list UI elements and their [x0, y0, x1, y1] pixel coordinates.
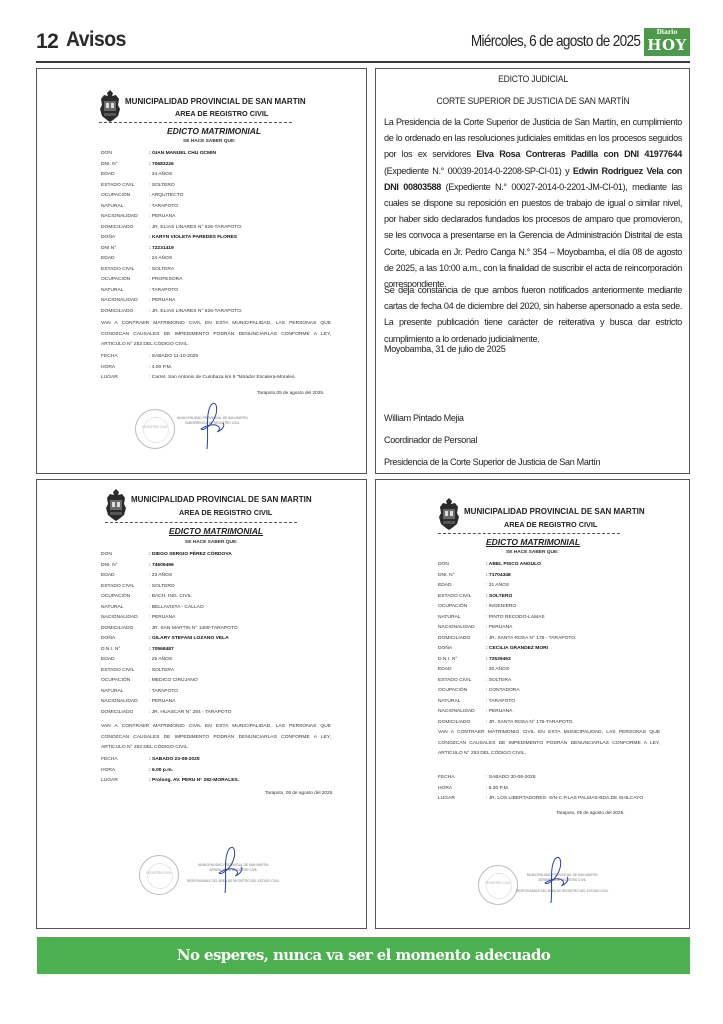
ceremony-details: FECHA: SABADO 11-10-2025HORA: 4.00 P.M.L…	[101, 352, 296, 384]
ceremony-label: FECHA	[101, 755, 149, 766]
footer-banner: No esperes, nunca va ser el momento adec…	[37, 937, 690, 974]
area-name: AREA DE REGISTRO CIVIL	[504, 520, 597, 529]
place-date: Tarapoto, 05 de agosto del 2025.	[556, 810, 625, 815]
detail-label: NATURAL	[101, 202, 149, 213]
detail-label: ESTADO CIVIL	[101, 582, 149, 593]
detail-label: EDAD	[101, 170, 149, 181]
detail-value: : 23 AÑOS	[149, 571, 172, 582]
detail-value: : SOLTERO	[486, 592, 512, 603]
detail-label: EDAD	[101, 254, 149, 265]
detail-row: ESTADO CIVIL: SOLTERA	[101, 265, 242, 276]
municipal-crest-icon	[438, 497, 460, 531]
detail-label: NATURAL	[438, 697, 486, 708]
detail-row: ESTADO CIVIL: SOLTERA	[101, 666, 238, 677]
detail-value: : PERUANA	[149, 613, 175, 624]
detail-row: OCUPACIÓN: MEDICO CIRUJANO	[101, 676, 238, 687]
detail-row: DOMICILIADO: JR. ELIAS LINARES N° 626-TA…	[101, 307, 242, 318]
detail-row: EDAD: 34 AÑOS	[101, 170, 242, 181]
impediment-notice: VAN A CONTRAER MATRIMONIO CIVIL EN ESTA …	[438, 728, 660, 760]
detail-value: : KARYN VIOLETA PAREDES FLORES	[149, 233, 237, 244]
detail-value: : 72231419	[149, 244, 174, 255]
detail-label: DOÑA	[101, 233, 149, 244]
ceremony-value: : 6.30 P.M.	[486, 784, 509, 795]
detail-row: ESTADO CIVIL: SOLTERO	[101, 582, 238, 593]
edicto-title: EDICTO MATRIMONIAL	[167, 126, 261, 136]
ceremony-label: LUGAR	[101, 373, 149, 384]
detail-value: : BACH. ING. CIVIL	[149, 592, 192, 603]
detail-row: ESTADO CIVIL: SOLTERO	[101, 181, 242, 192]
edicto-subtitle: SE HACE SABER QUE:	[506, 550, 559, 555]
municipality-name: MUNICIPALIDAD PROVINCIAL DE SAN MARTIN	[464, 507, 645, 516]
issue-date: Miércoles, 6 de agosto de 2025	[471, 33, 640, 51]
detail-label: D.N.I. N°	[438, 655, 486, 666]
area-name: AREA DE REGISTRO CIVIL	[175, 109, 268, 118]
signer-name: William Pintado Mejia	[384, 413, 464, 423]
ceremony-value: : JR. LOS LIBERTADORES- S/N-C.P.LAS PALM…	[486, 794, 643, 805]
detail-row: NATURAL: TARAPOTO	[101, 202, 242, 213]
signer-organization: Presidencia de la Corte Superior de Just…	[384, 457, 600, 467]
dashed-divider	[105, 522, 297, 523]
edicto-judicial-title: EDICTO JUDICIAL	[399, 74, 667, 85]
ceremony-label: FECHA	[101, 352, 149, 363]
detail-label: DON	[101, 550, 149, 561]
area-name: AREA DE REGISTRO CIVIL	[179, 508, 272, 517]
impediment-notice: VAN A CONTRAER MATRIMONIO CIVIL EN ESTA …	[101, 319, 331, 351]
place-date: Tarapoto, 05 de agosto del 2025.	[265, 790, 334, 795]
detail-row: DNI. N°: 74609496	[101, 561, 238, 572]
page-number: 12	[36, 30, 58, 54]
detail-label: DON	[438, 560, 486, 571]
ceremony-value: : SABADO 30-08-2025	[486, 773, 535, 784]
place-date: Moyobamba, 31 de julio de 2025	[384, 344, 505, 354]
edicto-title: EDICTO MATRIMONIAL	[169, 526, 263, 536]
court-name: CORTE SUPERIOR DE JUSTICIA DE SAN MARTÍN	[399, 96, 667, 107]
detail-row: NATURAL: BELLAVISTA - CALLAO	[101, 603, 238, 614]
detail-label: NATURAL	[101, 603, 149, 614]
ceremony-label: HORA	[438, 784, 486, 795]
detail-row: ESTADO CIVIL: SOLTERO	[438, 592, 576, 603]
detail-row: NATURAL: TARAPOTO	[438, 697, 576, 708]
detail-row: DOMICILIADO: JR. SANTA ROSA N° 176 - TAR…	[438, 634, 576, 645]
detail-label: DOMICILIADO	[101, 307, 149, 318]
section-title: Avisos	[66, 28, 126, 52]
ceremony-row: LUGAR: Carret. San Antonio de Cumbaza km…	[101, 373, 296, 384]
detail-label: DOÑA	[101, 634, 149, 645]
dashed-divider	[99, 122, 292, 123]
detail-row: OCUPACIÓN: CONTADORA	[438, 686, 576, 697]
detail-value: : CONTADORA	[486, 686, 520, 697]
detail-value: : JR. SANTA ROSA N° 176 - TARAPOTO.	[486, 634, 576, 645]
detail-label: EDAD	[101, 655, 149, 666]
detail-value: : SOLTERA	[149, 666, 174, 677]
detail-value: : PERUANA	[149, 697, 175, 708]
detail-label: NACIONALIDAD	[101, 697, 149, 708]
ceremony-details: FECHA: SABADO 30-08-2025HORA: 6.30 P.M.L…	[438, 773, 643, 805]
ceremony-value: : Carret. San Antonio de Cumbaza km 6 "M…	[149, 373, 296, 384]
detail-label: OCUPACIÓN	[438, 686, 486, 697]
detail-label: EDAD	[438, 581, 486, 592]
detail-value: : BELLAVISTA - CALLAO	[149, 603, 204, 614]
detail-label: DOMICILIADO	[438, 718, 486, 729]
detail-value: : 72539463	[486, 655, 511, 666]
ceremony-row: LUGAR: Prolong. AV. PERU N° 282-MORALES.	[101, 776, 239, 787]
detail-label: OCUPACIÓN	[101, 592, 149, 603]
ceremony-row: LUGAR: JR. LOS LIBERTADORES- S/N-C.P.LAS…	[438, 794, 643, 805]
detail-row: NACIONALIDAD: PERUANA	[101, 296, 242, 307]
detail-value: : GILARY STEFANI LOZANO VELA	[149, 634, 229, 645]
detail-row: NACIONALIDAD: PERUANA	[101, 697, 238, 708]
edicto-judicial-paragraph-2: Se deja constancia de que ambos fueron n…	[384, 282, 682, 347]
detail-value: : SOLTERO	[149, 582, 175, 593]
ceremony-value: : SABADO 11-10-2025	[149, 352, 198, 363]
detail-label: NATURAL	[101, 687, 149, 698]
detail-label: ESTADO CIVIL	[438, 676, 486, 687]
ceremony-row: FECHA: SABADO 23-08-2025	[101, 755, 239, 766]
detail-label: EDAD	[101, 571, 149, 582]
detail-value: : TARAPOTO	[486, 697, 515, 708]
detail-row: OCUPACIÓN: BACH. ING. CIVIL	[101, 592, 238, 603]
detail-row: OCUPACIÓN: ARQUITECTO	[101, 191, 242, 202]
detail-row: EDAD: 25 AÑOS	[101, 655, 238, 666]
signer-role: Coordinador de Personal	[384, 435, 477, 445]
detail-label: NACIONALIDAD	[438, 623, 486, 634]
detail-value: : JR. ELIAS LINARES N° 626-TARAPOTO.	[149, 307, 242, 318]
detail-value: : 25 AÑOS	[149, 655, 172, 666]
detail-value: : 30 AÑOS	[486, 665, 509, 676]
detail-row: ESTADO CIVIL: SOLTERA	[438, 676, 576, 687]
municipality-name: MUNICIPALIDAD PROVINCIAL DE SAN MARTIN	[125, 97, 306, 106]
dashed-divider	[438, 533, 620, 534]
detail-label: OCUPACIÓN	[101, 275, 149, 286]
ceremony-label: HORA	[101, 766, 149, 777]
detail-label: DOMICILIADO	[101, 624, 149, 635]
municipal-crest-icon	[105, 488, 127, 522]
detail-label: NATURAL	[101, 286, 149, 297]
detail-label: DOMICILIADO	[101, 223, 149, 234]
seal-text: REGISTRO CIVIL	[140, 871, 178, 875]
seal-text: REGISTRO CIVIL	[479, 881, 517, 885]
diario-hoy-logo: Diario HOY	[644, 28, 690, 56]
ceremony-row: HORA: 4.00 P.M.	[101, 363, 296, 374]
detail-label: DNI. N°	[438, 571, 486, 582]
body-text: (Expediente N.° 00039-2014-0-2208-SP-CI-…	[384, 166, 573, 176]
detail-value: : JR. HUASCAR N° 284 - TARAPOTO	[149, 708, 231, 719]
signature-icon	[541, 855, 571, 905]
header-divider	[36, 61, 690, 63]
detail-label: ESTADO CIVIL	[101, 666, 149, 677]
seal-text: REGISTRO CIVIL	[136, 425, 174, 429]
ceremony-label: FECHA	[438, 773, 486, 784]
detail-value: : 34 AÑOS	[149, 170, 172, 181]
detail-value: : JR. SANTA ROSA N° 176-TARAPOTO.	[486, 718, 574, 729]
ceremony-value: : 6.00 p.m.	[149, 766, 173, 777]
detail-label: D.N.I. N°	[101, 645, 149, 656]
detail-value: : JR. SAN MARTIN N° 1409-TARAPOTO	[149, 624, 238, 635]
applicant-details: DON: ABEL PISCO ANGULODNI. N°: 71704348E…	[438, 560, 576, 728]
edicto-subtitle: SE HACE SABER QUE:	[183, 139, 236, 144]
edicto-title: EDICTO MATRIMONIAL	[486, 537, 580, 547]
municipality-name: MUNICIPALIDAD PROVINCIAL DE SAN MARTIN	[131, 495, 312, 504]
detail-label: DNI. N°	[101, 160, 149, 171]
ceremony-value: : Prolong. AV. PERU N° 282-MORALES.	[149, 776, 239, 787]
registry-seal-icon: REGISTRO CIVIL	[135, 409, 175, 449]
detail-row: NACIONALIDAD: PERUANA	[438, 623, 576, 634]
detail-value: : PERUANA	[149, 296, 175, 307]
detail-row: DOMICILIADO: JR. ELIAS LINARES N° 626-TA…	[101, 223, 242, 234]
applicant-details: DON: DIEGO SERGIO PÉREZ CÓRDOVADNI. N°: …	[101, 550, 238, 718]
body-text: (Expediente N.° 00027-2014-0-2201-JM-CI-…	[384, 182, 682, 289]
impediment-notice: VAN A CONTRAER MATRIMONIO CIVIL EN ESTA …	[101, 722, 331, 754]
detail-row: NATURAL: TARAPOTO	[101, 687, 238, 698]
detail-label: DNI N°	[101, 244, 149, 255]
edicto-matrimonial-1: MUNICIPALIDAD PROVINCIAL DE SAN MARTINAR…	[36, 68, 367, 474]
detail-row: DNI N°: 72231419	[101, 244, 242, 255]
applicant-details: DON: GIAN MANUEL CHU OCMINDNI. N°: 70683…	[101, 149, 242, 317]
detail-value: : MEDICO CIRUJANO	[149, 676, 198, 687]
detail-label: NATURAL	[438, 613, 486, 624]
detail-row: NATURAL: TARAPOTO	[101, 286, 242, 297]
detail-label: OCUPACIÓN	[101, 191, 149, 202]
detail-value: : TARAPOTO	[149, 202, 178, 213]
ceremony-details: FECHA: SABADO 23-08-2025HORA: 6.00 p.m.L…	[101, 755, 239, 787]
detail-label: NACIONALIDAD	[101, 613, 149, 624]
detail-label: DOÑA	[438, 644, 486, 655]
edicto-matrimonial-2: MUNICIPALIDAD PROVINCIAL DE SAN MARTINAR…	[36, 479, 367, 929]
detail-label: EDAD	[438, 665, 486, 676]
detail-row: DON: DIEGO SERGIO PÉREZ CÓRDOVA	[101, 550, 238, 561]
detail-label: ESTADO CIVIL	[101, 265, 149, 276]
detail-value: : 31 AÑOS	[486, 581, 509, 592]
detail-value: : CECILIA GRANDEZ MORI	[486, 644, 548, 655]
ceremony-value: : SABADO 23-08-2025	[149, 755, 200, 766]
detail-value: : GIAN MANUEL CHU OCMIN	[149, 149, 216, 160]
detail-value: : PROFESORA	[149, 275, 182, 286]
detail-value: : PERUANA	[486, 707, 512, 718]
detail-value: : JR. ELIAS LINARES N° 626-TARAPOTO.	[149, 223, 242, 234]
edicto-judicial: EDICTO JUDICIAL CORTE SUPERIOR DE JUSTIC…	[375, 68, 690, 474]
detail-value: : TARAPOTO	[149, 286, 178, 297]
detail-label: ESTADO CIVIL	[101, 181, 149, 192]
detail-label: DNI. N°	[101, 561, 149, 572]
detail-label: NACIONALIDAD	[438, 707, 486, 718]
detail-row: DOÑA: KARYN VIOLETA PAREDES FLORES	[101, 233, 242, 244]
detail-value: : 70568487	[149, 645, 174, 656]
detail-label: NACIONALIDAD	[101, 212, 149, 223]
logo-big-text: HOY	[644, 37, 690, 54]
detail-row: D.N.I. N°: 70568487	[101, 645, 238, 656]
detail-row: DOMICILIADO: JR. SAN MARTIN N° 1409-TARA…	[101, 624, 238, 635]
detail-value: : 24 AÑOS	[149, 254, 172, 265]
place-date: Tarapoto,05 de agosto del 2025.	[257, 390, 324, 395]
detail-row: DNI. N°: 71704348	[438, 571, 576, 582]
edicto-matrimonial-3: MUNICIPALIDAD PROVINCIAL DE SAN MARTINAR…	[375, 479, 690, 929]
detail-value: : ARQUITECTO	[149, 191, 183, 202]
detail-row: EDAD: 30 AÑOS	[438, 665, 576, 676]
detail-value: : PERUANA	[149, 212, 175, 223]
detail-value: : 70683226	[149, 160, 174, 171]
detail-label: OCUPACIÓN	[438, 602, 486, 613]
signature-icon	[197, 401, 227, 451]
detail-label: DOMICILIADO	[438, 634, 486, 645]
ceremony-label: LUGAR	[438, 794, 486, 805]
detail-row: NATURAL: PINTO RECODO-LAMAS	[438, 613, 576, 624]
detail-value: : DIEGO SERGIO PÉREZ CÓRDOVA	[149, 550, 232, 561]
detail-row: DNI. N°: 70683226	[101, 160, 242, 171]
detail-value: : 71704348	[486, 571, 511, 582]
detail-row: OCUPACIÓN: PROFESORA	[101, 275, 242, 286]
ceremony-value: : 4.00 P.M.	[149, 363, 172, 374]
municipal-crest-icon	[99, 89, 121, 123]
detail-row: NACIONALIDAD: PERUANA	[438, 707, 576, 718]
detail-value: : PINTO RECODO-LAMAS	[486, 613, 545, 624]
detail-row: DOMICILIADO: JR. HUASCAR N° 284 - TARAPO…	[101, 708, 238, 719]
detail-row: NACIONALIDAD: PERUANA	[101, 613, 238, 624]
ceremony-label: LUGAR	[101, 776, 149, 787]
detail-row: DOÑA: CECILIA GRANDEZ MORI	[438, 644, 576, 655]
detail-label: DOMICILIADO	[101, 708, 149, 719]
detail-value: : SOLTERA	[486, 676, 511, 687]
edicto-judicial-paragraph-1: La Presidencia de la Corte Superior de J…	[384, 114, 682, 292]
ceremony-row: FECHA: SABADO 30-08-2025	[438, 773, 643, 784]
detail-value: : PERUANA	[486, 623, 512, 634]
registry-seal-icon: REGISTRO CIVIL	[478, 865, 518, 905]
registry-seal-icon: REGISTRO CIVIL	[139, 855, 179, 895]
ceremony-row: FECHA: SABADO 11-10-2025	[101, 352, 296, 363]
detail-value: : 74609496	[149, 561, 174, 572]
ceremony-row: HORA: 6.00 p.m.	[101, 766, 239, 777]
detail-label: DON	[101, 149, 149, 160]
detail-value: : TARAPOTO	[149, 687, 178, 698]
detail-row: D.N.I. N°: 72539463	[438, 655, 576, 666]
detail-value: : SOLTERA	[149, 265, 174, 276]
detail-row: EDAD: 24 AÑOS	[101, 254, 242, 265]
detail-row: DON: GIAN MANUEL CHU OCMIN	[101, 149, 242, 160]
detail-row: DON: ABEL PISCO ANGULO	[438, 560, 576, 571]
detail-row: DOMICILIADO: JR. SANTA ROSA N° 176-TARAP…	[438, 718, 576, 729]
detail-row: OCUPACIÓN: INGENIERO	[438, 602, 576, 613]
detail-row: DOÑA: GILARY STEFANI LOZANO VELA	[101, 634, 238, 645]
detail-row: NACIONALIDAD: PERUANA	[101, 212, 242, 223]
detail-row: EDAD: 23 AÑOS	[101, 571, 238, 582]
detail-label: ESTADO CIVIL	[438, 592, 486, 603]
ceremony-row: HORA: 6.30 P.M.	[438, 784, 643, 795]
page-header: 12 Avisos Miércoles, 6 de agosto de 2025…	[36, 28, 690, 58]
signature-icon	[215, 845, 245, 895]
detail-value: : SOLTERO	[149, 181, 175, 192]
detail-value: : ABEL PISCO ANGULO	[486, 560, 541, 571]
detail-label: OCUPACIÓN	[101, 676, 149, 687]
ceremony-label: HORA	[101, 363, 149, 374]
detail-row: EDAD: 31 AÑOS	[438, 581, 576, 592]
detail-value: : INGENIERO	[486, 602, 516, 613]
detail-label: NACIONALIDAD	[101, 296, 149, 307]
edicto-subtitle: SE HACE SABER QUE:	[185, 540, 238, 545]
highlighted-text: Elva Rosa Contreras Padilla con DNI 4197…	[476, 149, 682, 159]
